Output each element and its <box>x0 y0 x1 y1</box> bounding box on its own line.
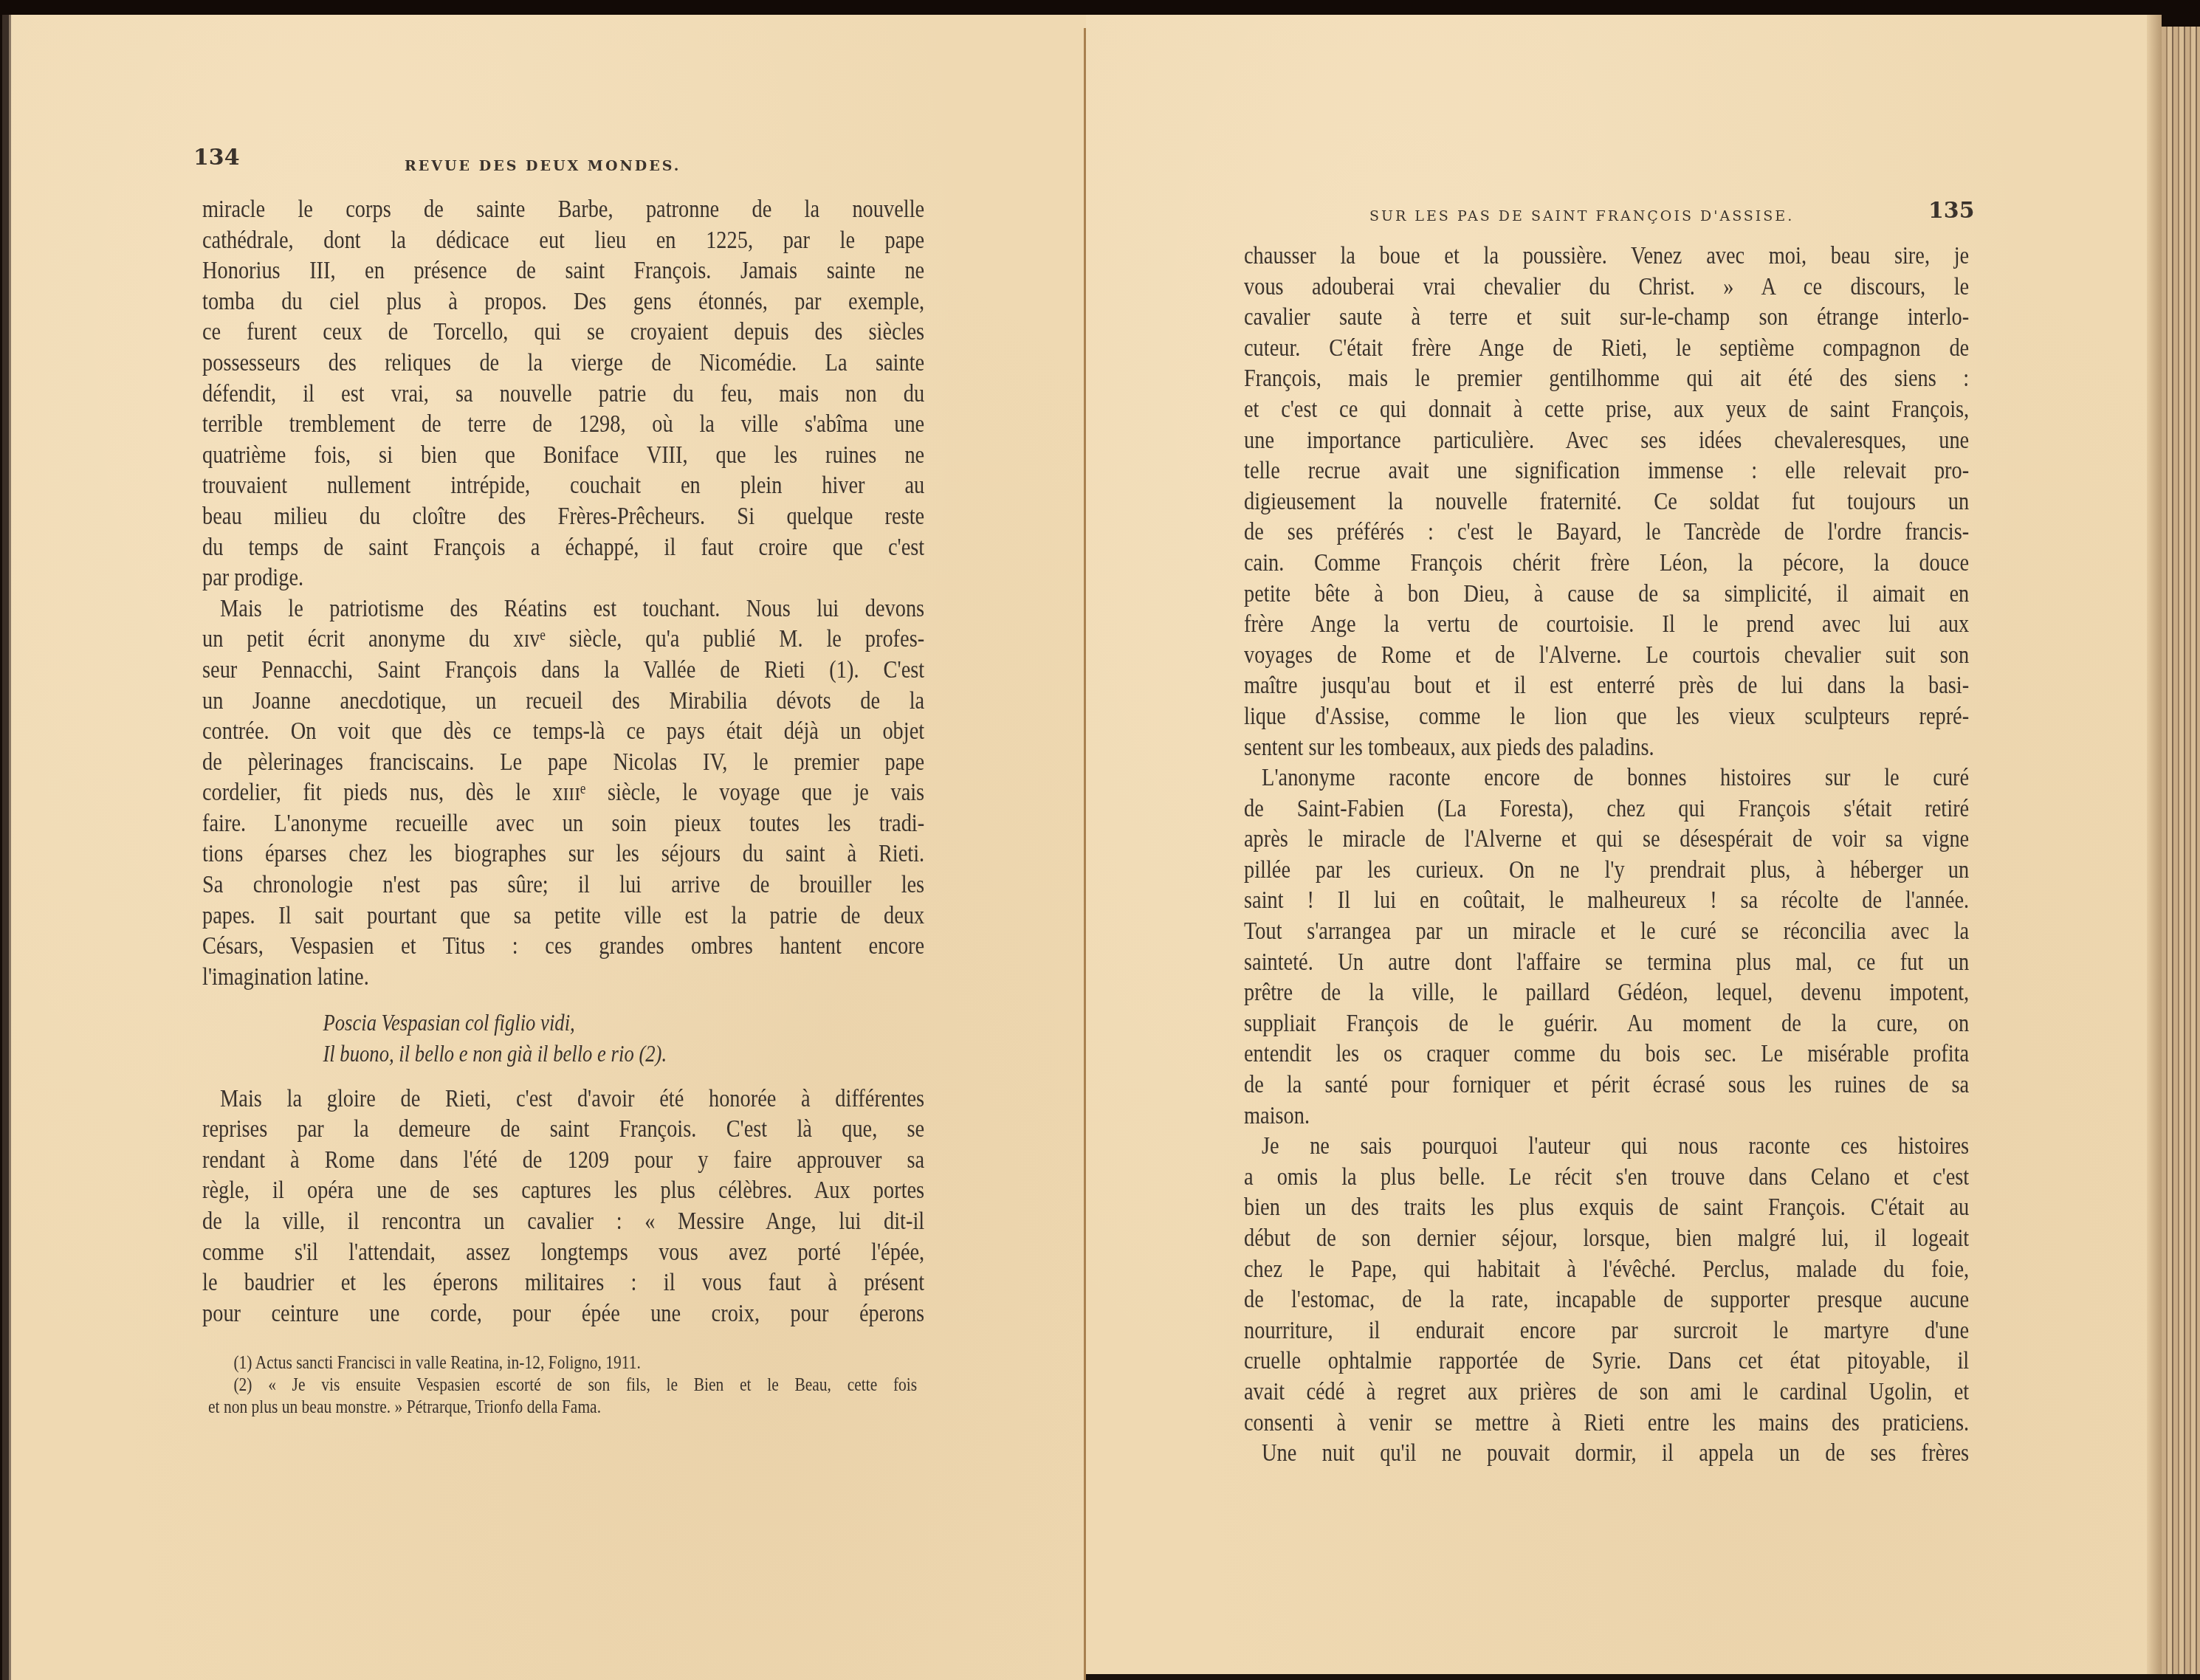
text-line: (1) Actus sancti Francisci in valle Reat… <box>208 1352 917 1374</box>
page-stack-edge <box>2147 15 2162 1680</box>
scan-background-bottom <box>1086 1674 2200 1680</box>
text-line: possesseurs des reliques de la vierge de… <box>202 348 924 379</box>
book-gutter <box>1084 28 1086 1680</box>
text-line: L'anonyme raconte encore de bonnes histo… <box>1244 763 1969 794</box>
text-line: maison. <box>1244 1101 1969 1132</box>
text-line: début de son dernier séjour, lorsque, bi… <box>1244 1224 1969 1255</box>
text-line: de la ville, il rencontra un cavalier : … <box>202 1207 924 1238</box>
text-line: faire. L'anonyme recueille avec un soin … <box>202 809 924 840</box>
left-running-head: REVUE DES DEUX MONDES. <box>405 158 681 174</box>
verse-spacing <box>202 1070 924 1084</box>
text-line: cavalier saute à terre et suit sur-le-ch… <box>1244 303 1969 334</box>
text-line: ce furent ceux de Torcello, qui se croya… <box>202 317 924 348</box>
text-line: (2) « Je vis ensuite Vespasien escorté d… <box>208 1374 917 1397</box>
text-line: cathédrale, dont la dédicace eut lieu en… <box>202 226 924 257</box>
text-line: Sa chronologie n'est pas sûre; il lui ar… <box>202 870 924 901</box>
text-line: défendit, il est vrai, sa nouvelle patri… <box>202 379 924 410</box>
text-line: frère Ange la vertu de courtoisie. Il le… <box>1244 610 1969 641</box>
text-line: Je ne sais pourquoi l'auteur qui nous ra… <box>1244 1132 1969 1163</box>
text-line: un Joanne anecdotique, un recueil des Mi… <box>202 686 924 717</box>
text-line: tions éparses chez les biographes sur le… <box>202 839 924 870</box>
text-line: sainteté. Un autre dont l'affaire se ter… <box>1244 948 1969 979</box>
text-line: tomba du ciel plus à propos. Des gens ét… <box>202 287 924 318</box>
text-line: contrée. On voit que dès ce temps-là ce … <box>202 717 924 748</box>
text-line: Césars, Vespasien et Titus : ces grandes… <box>202 932 924 963</box>
text-line: de ses préférés : c'est le Bayard, le Ta… <box>1244 517 1969 548</box>
text-line: a omis la plus belle. Le récit s'en trou… <box>1244 1163 1969 1194</box>
text-line: de pèlerinages franciscains. Le pape Nic… <box>202 748 924 779</box>
text-line: pillée par les curieux. On ne l'y prendr… <box>1244 856 1969 887</box>
text-line: Honorius III, en présence de saint Franç… <box>202 256 924 287</box>
right-page-number: 135 <box>1928 198 1975 224</box>
text-line: chez le Pape, qui habitait à l'évêché. P… <box>1244 1255 1969 1286</box>
verse-line: Il buono, il bello e non già il bello e … <box>202 1039 823 1070</box>
text-line: de Saint-Fabien (La Foresta), chez qui F… <box>1244 794 1969 825</box>
text-line: de l'estomac, de la rate, incapable de s… <box>1244 1285 1969 1316</box>
text-line: du temps de saint François a échappé, il… <box>202 533 924 564</box>
text-line: digieusement la nouvelle fraternité. Ce … <box>1244 487 1969 518</box>
text-line: lique d'Assise, comme le lion que les vi… <box>1244 702 1969 733</box>
text-line: chausser la boue et la poussière. Venez … <box>1244 241 1969 272</box>
verse-spacing <box>202 993 924 1008</box>
text-line: et non plus un beau monstre. » Pétrarque… <box>208 1397 917 1419</box>
text-line: de la santé pour forniquer et périt écra… <box>1244 1070 1969 1101</box>
text-line: cruelle ophtalmie rapportée de Syrie. Da… <box>1244 1346 1969 1377</box>
text-line: une importance particulière. Avec ses id… <box>1244 426 1969 457</box>
text-line: quatrième fois, si bien que Boniface VII… <box>202 441 924 472</box>
text-line: et c'est ce qui donnait à cette prise, a… <box>1244 395 1969 426</box>
text-line: pour ceinture une corde, pour épée une c… <box>202 1299 924 1330</box>
page-stack-edges <box>2162 27 2200 1680</box>
text-line: nourriture, il endurait encore par surcr… <box>1244 1316 1969 1347</box>
text-line: vous adouberai vrai chevalier du Christ.… <box>1244 272 1969 303</box>
text-line: miracle le corps de sainte Barbe, patron… <box>202 195 924 226</box>
text-line: rendant à Rome dans l'été de 1209 pour y… <box>202 1146 924 1177</box>
text-line: terrible tremblement de terre de 1298, o… <box>202 410 924 441</box>
text-line: consenti à venir se mettre à Rieti entre… <box>1244 1408 1969 1439</box>
text-line: suppliait François de le guérir. Au mome… <box>1244 1009 1969 1040</box>
text-line: cain. Comme François chérit frère Léon, … <box>1244 548 1969 579</box>
text-line: Une nuit qu'il ne pouvait dormir, il app… <box>1244 1439 1969 1470</box>
text-line: reprises par la demeure de saint Françoi… <box>202 1115 924 1146</box>
text-line: trouvaient nullement intrépide, couchait… <box>202 471 924 502</box>
text-line: seur Pennacchi, Saint François dans la V… <box>202 655 924 686</box>
text-line: sentent sur les tombeaux, aux pieds des … <box>1244 733 1969 764</box>
text-line: cuteur. C'était frère Ange de Rieti, le … <box>1244 334 1969 365</box>
text-line: Mais le patriotisme des Réatins est touc… <box>202 594 924 625</box>
text-line: l'imagination latine. <box>202 963 924 994</box>
text-line: comme s'il l'attendait, assez longtemps … <box>202 1238 924 1269</box>
text-line: avait cédé à regret aux prières de son a… <box>1244 1377 1969 1408</box>
text-line: un petit écrit anonyme du xɪᴠᵉ siècle, q… <box>202 624 924 655</box>
text-line: Tout s'arrangea par un miracle et le cur… <box>1244 917 1969 948</box>
text-line: prêtre de la ville, le paillard Gédéon, … <box>1244 978 1969 1009</box>
text-line: François, mais le premier gentilhomme qu… <box>1244 364 1969 395</box>
right-running-head: SUR LES PAS DE SAINT FRANÇOIS D'ASSISE. <box>1369 208 1794 224</box>
text-line: cordelier, fit pieds nus, dès le xɪɪɪᵉ s… <box>202 778 924 809</box>
left-page-number: 134 <box>193 145 240 171</box>
text-line: Mais la gloire de Rieti, c'est d'avoir é… <box>202 1084 924 1115</box>
text-line: telle recrue avait une signification imm… <box>1244 456 1969 487</box>
text-line: après le miracle de l'Alverne et qui se … <box>1244 824 1969 856</box>
left-body-text: miracle le corps de sainte Barbe, patron… <box>202 195 924 1329</box>
text-line: papes. Il sait pourtant que sa petite vi… <box>202 901 924 932</box>
text-line: règle, il opéra une de ses captures les … <box>202 1176 924 1207</box>
text-line: saint ! Il lui en coûtait, le malheureux… <box>1244 886 1969 917</box>
text-line: bien un des traits les plus exquis de sa… <box>1244 1193 1969 1224</box>
text-line: entendit les os craquer comme du bois se… <box>1244 1039 1969 1070</box>
text-line: voyages de Rome et de l'Alverne. Le cour… <box>1244 641 1969 672</box>
text-line: petite bête à bon Dieu, à cause de sa si… <box>1244 579 1969 610</box>
text-line: maître jusqu'au bout et il est enterré p… <box>1244 671 1969 702</box>
text-line: beau milieu du cloître des Frères-Prêche… <box>202 502 924 533</box>
verse-line: Poscia Vespasian col figlio vidi, <box>202 1008 823 1039</box>
left-footnotes: (1) Actus sancti Francisci in valle Reat… <box>208 1352 917 1419</box>
right-body-text: chausser la boue et la poussière. Venez … <box>1244 241 1969 1470</box>
text-line: le baudrier et les éperons militaires : … <box>202 1268 924 1299</box>
text-line: par prodige. <box>202 563 924 594</box>
